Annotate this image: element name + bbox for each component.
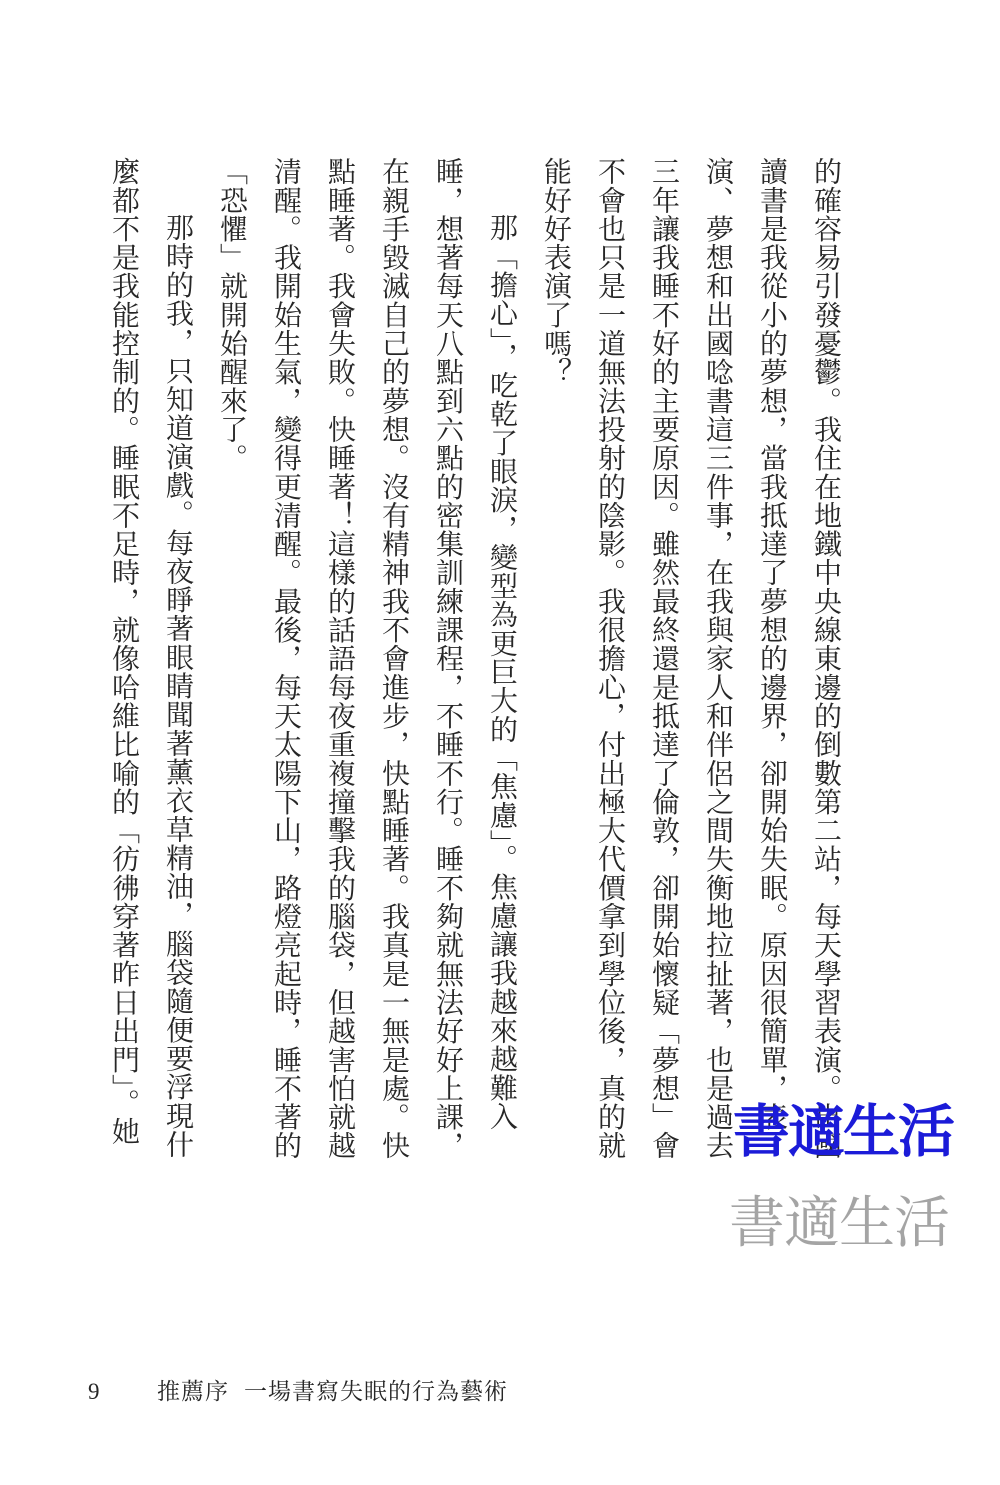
footer-section-label: 推薦序 <box>157 1373 229 1406</box>
vertical-text-block: 的確容易引發憂鬱。我住在地鐵中央線東邊的倒數第二站，每天學習表演。出國讀書是我從… <box>96 157 852 1163</box>
page-footer: 9 推薦序 一場書寫失眠的行為藝術 <box>88 1373 508 1406</box>
paragraph-3: 那時的我，只知道演戲。每夜睜著眼睛聞著薰衣草精油，腦袋隨便要浮現什麼都不是我能控… <box>96 157 204 1163</box>
paragraph-1: 的確容易引發憂鬱。我住在地鐵中央線東邊的倒數第二站，每天學習表演。出國讀書是我從… <box>528 157 852 1163</box>
book-page: 的確容易引發憂鬱。我住在地鐵中央線東邊的倒數第二站，每天學習表演。出國讀書是我從… <box>0 0 1000 1485</box>
watermark-blue: 書適生活 <box>733 1104 953 1161</box>
footer-chapter-title: 一場書寫失眠的行為藝術 <box>244 1373 508 1406</box>
page-number: 9 <box>88 1379 157 1405</box>
watermark-gray: 書適生活 <box>729 1196 949 1252</box>
paragraph-2: 那「擔心」，吃乾了眼淚，變型為更巨大的「焦慮」。焦慮讓我越來越難入睡，想著每天八… <box>204 157 528 1163</box>
